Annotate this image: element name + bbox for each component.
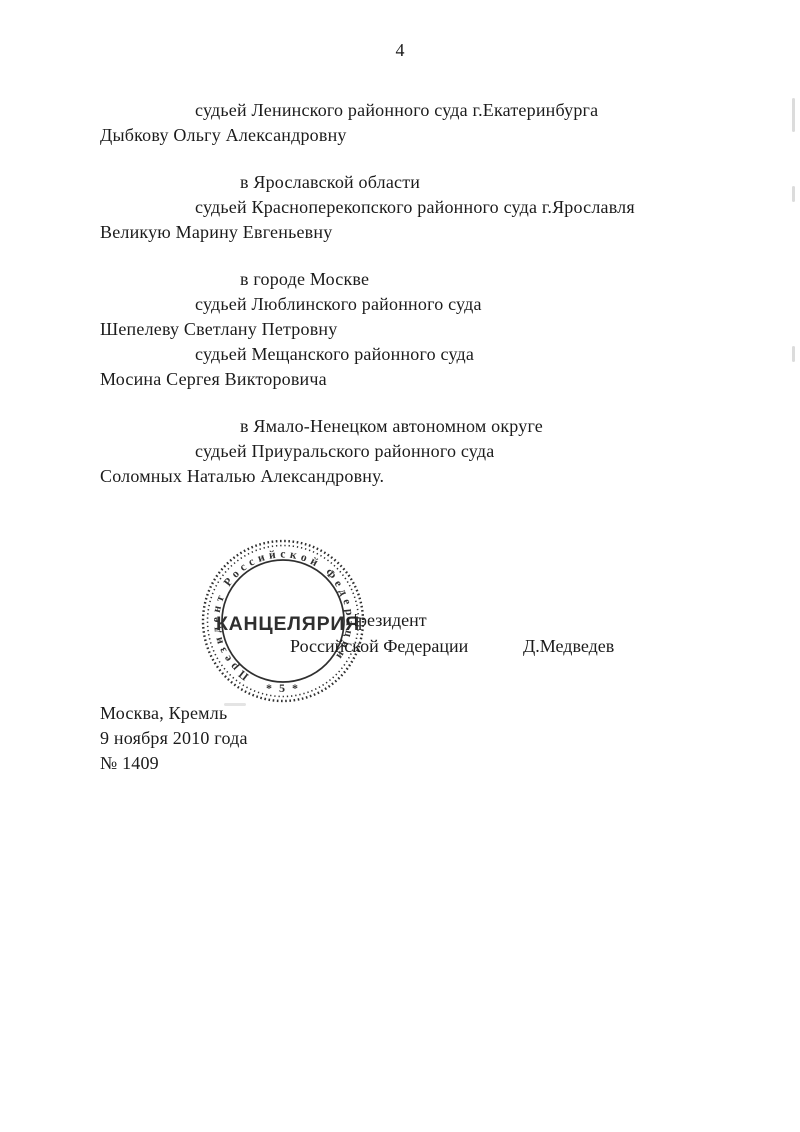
decree-line: судьей Мещанского районного суда	[195, 342, 720, 367]
chancellery-stamp-seal: Президент Российской Федерации * 5 * КАН…	[198, 536, 368, 706]
decree-line: Дыбкову Ольгу Александровну	[100, 123, 720, 148]
decree-line: Шепелеву Светлану Петровну	[100, 317, 720, 342]
signature-name: Д.Медведев	[523, 636, 614, 657]
scan-artifact	[792, 346, 795, 362]
stamp-bottom-text: * 5 *	[266, 681, 300, 695]
scan-artifact	[792, 98, 795, 132]
scanned-decree-page: 4 судьей Ленинского районного суда г.Ека…	[0, 0, 800, 1132]
decree-line: судьей Приуральского районного суда	[195, 439, 720, 464]
decree-line: Мосина Сергея Викторовича	[100, 367, 720, 392]
footer-date: 9 ноября 2010 года	[100, 726, 248, 751]
footer-doc-number: № 1409	[100, 751, 248, 776]
scan-artifact	[792, 186, 795, 202]
decree-line: судьей Люблинского районного суда	[195, 292, 720, 317]
decree-line: Великую Марину Евгеньевну	[100, 220, 720, 245]
stamp-center-text: КАНЦЕЛЯРИЯ	[216, 613, 360, 635]
decree-body: судьей Ленинского районного суда г.Екате…	[100, 98, 720, 489]
decree-region-heading: в Ярославской области	[240, 170, 720, 195]
decree-line: судьей Красноперекопского районного суда…	[195, 195, 720, 220]
decree-region-heading: в городе Москве	[240, 267, 720, 292]
decree-footer: Москва, Кремль 9 ноября 2010 года № 1409	[100, 701, 248, 776]
decree-line: Соломных Наталью Александровну.	[100, 464, 720, 489]
decree-line: судьей Ленинского районного суда г.Екате…	[195, 98, 720, 123]
page-number: 4	[0, 40, 800, 61]
decree-region-heading: в Ямало-Ненецком автономном округе	[240, 414, 720, 439]
